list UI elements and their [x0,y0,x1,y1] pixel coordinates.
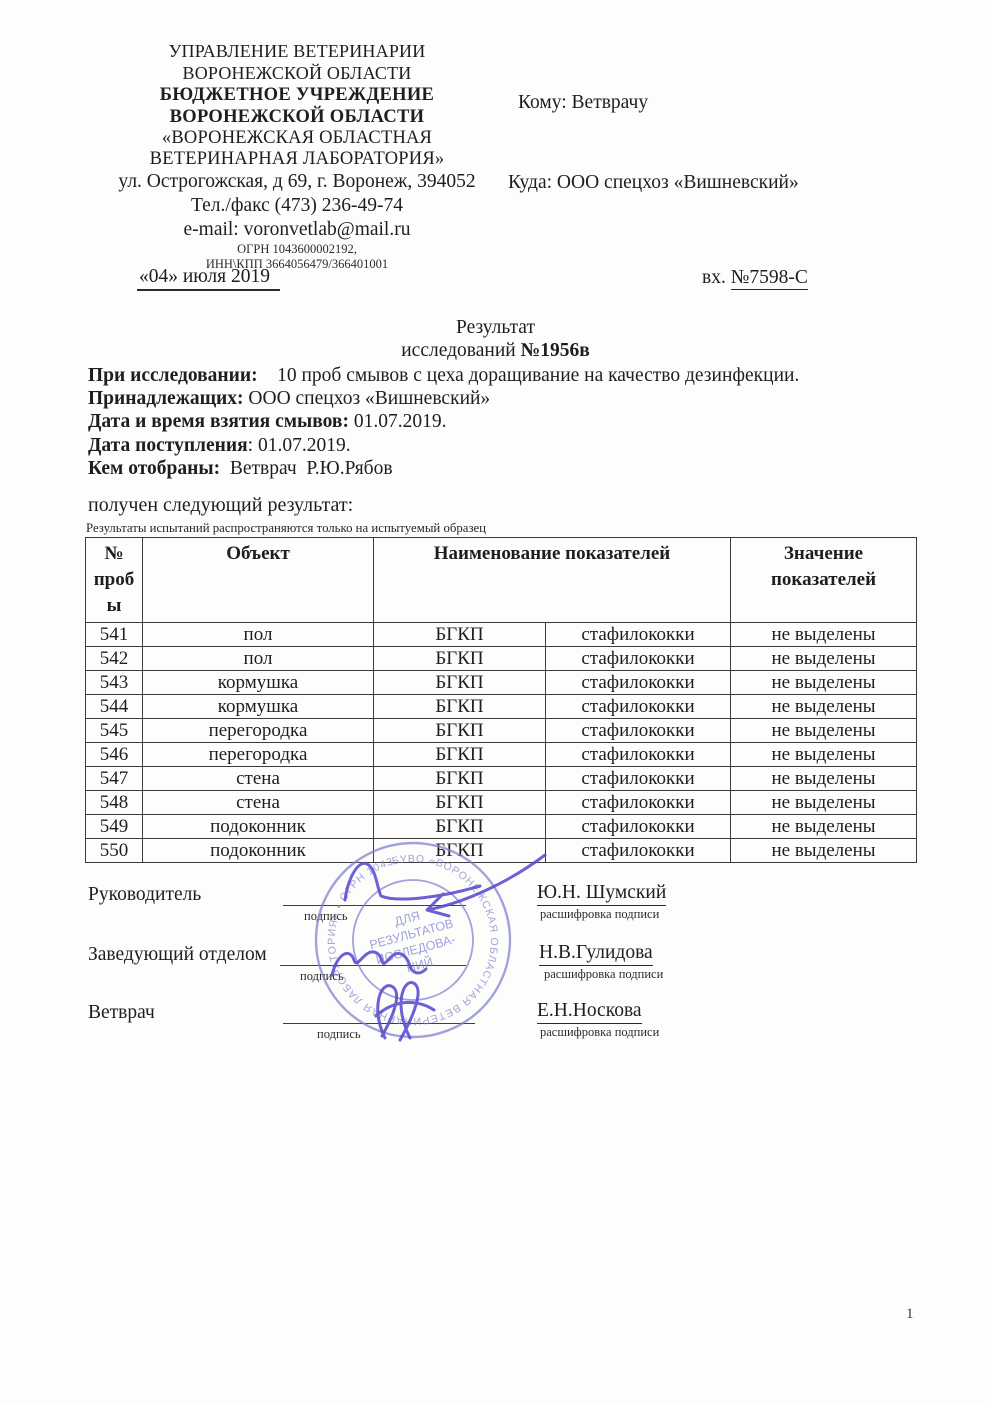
document-date: «04» июля 2019 [137,266,280,291]
cell-indicator1: БГКП [374,767,546,791]
cell-indicator1: БГКП [374,671,546,695]
letterhead-dept-line2: ВОРОНЕЖСКОЙ ОБЛАСТИ [92,62,502,84]
cell-value: не выделены [731,647,917,671]
cell-num: 550 [86,839,143,863]
cell-object: перегородка [143,743,374,767]
table-row: 543кормушкаБГКПстафилококкине выделены [86,671,917,695]
table-row: 549подоконникБГКПстафилококкине выделены [86,815,917,839]
cell-indicator2: стафилококки [546,767,731,791]
table-row: 547стенаБГКПстафилококкине выделены [86,767,917,791]
cell-value: не выделены [731,791,917,815]
cell-value: не выделены [731,839,917,863]
cell-indicator2: стафилококки [546,743,731,767]
cell-num: 541 [86,623,143,647]
results-table-header: № проб ы Объект Наименование показателей… [86,538,917,623]
cell-indicator1: БГКП [374,695,546,719]
details-block: При исследовании: 10 проб смывов с цеха … [88,364,928,480]
letterhead-address: ул. Острогожская, д 69, г. Воронеж, 3940… [92,170,502,194]
cell-object: кормушка [143,671,374,695]
title-line1: Результат [0,316,991,339]
page-number: 1 [906,1306,914,1323]
head-of-dept-signature-ink [332,952,426,975]
letterhead-org-line1: БЮДЖЕТНОЕ УЧРЕЖДЕНИЕ [92,84,502,106]
cell-indicator1: БГКП [374,815,546,839]
cell-object: стена [143,791,374,815]
result-note: Результаты испытаний распространяются то… [86,521,486,536]
table-row: 546перегородкаБГКПстафилококкине выделен… [86,743,917,767]
cell-indicator2: стафилококки [546,815,731,839]
letterhead-ogrn: ОГРН 1043600002192, [92,242,502,257]
detail-line: Дата и время взятия смывов: 01.07.2019. [88,410,928,433]
cell-indicator2: стафилококки [546,623,731,647]
letterhead-name-line1: «ВОРОНЕЖСКАЯ ОБЛАСТНАЯ [92,128,502,149]
letterhead-phone: Тел./факс (473) 236-49-74 [92,194,502,218]
cell-value: не выделены [731,743,917,767]
cell-indicator1: БГКП [374,719,546,743]
detail-line: Кем отобраны: Ветврач Р.Ю.Рябов [88,457,928,480]
signature-role-vet: Ветврач [88,1002,155,1024]
table-row: 548стенаБГКПстафилококкине выделены [86,791,917,815]
cell-value: не выделены [731,671,917,695]
cell-value: не выделены [731,719,917,743]
title-line2: исследований №1956в [0,339,991,362]
cell-indicator2: стафилококки [546,671,731,695]
cell-num: 543 [86,671,143,695]
cell-object: подоконник [143,815,374,839]
cell-object: пол [143,647,374,671]
table-row: 541полБГКПстафилококкине выделены [86,623,917,647]
cell-num: 546 [86,743,143,767]
handwritten-signatures [240,840,580,1050]
cell-indicator2: стафилококки [546,647,731,671]
letterhead: УПРАВЛЕНИЕ ВЕТЕРИНАРИИ ВОРОНЕЖСКОЙ ОБЛАС… [92,40,502,271]
document-title: Результат исследований №1956в [0,316,991,362]
cell-object: стена [143,767,374,791]
letterhead-dept-line1: УПРАВЛЕНИЕ ВЕТЕРИНАРИИ [92,40,502,62]
cell-num: 542 [86,647,143,671]
letterhead-org-line2: ВОРОНЕЖСКОЙ ОБЛАСТИ [92,106,502,128]
table-row: 544кормушкаБГКПстафилококкине выделены [86,695,917,719]
header-object: Объект [143,538,374,623]
letterhead-email: e-mail: voronvetlab@mail.ru [92,218,502,242]
cell-value: не выделены [731,815,917,839]
header-indicators: Наименование показателей [374,538,731,623]
signature-role-director: Руководитель [88,884,201,906]
table-row: 545перегородкаБГКПстафилококкине выделен… [86,719,917,743]
header-value: Значение показателей [731,538,917,623]
cell-indicator2: стафилококки [546,719,731,743]
cell-object: кормушка [143,695,374,719]
detail-line: Принадлежащих: ООО спецхоз «Вишневский» [88,387,928,410]
cell-object: перегородка [143,719,374,743]
results-table: № проб ы Объект Наименование показателей… [85,537,917,863]
cell-value: не выделены [731,623,917,647]
incoming-number: №7598-С [731,267,808,290]
vet-signature-ink3 [376,1002,434,1016]
document-page: УПРАВЛЕНИЕ ВЕТЕРИНАРИИ ВОРОНЕЖСКОЙ ОБЛАС… [0,0,991,1403]
recipient-to: Кому: Ветврачу [518,92,648,114]
recipient-where: Куда: ООО спецхоз «Вишневский» [508,172,799,194]
cell-num: 547 [86,767,143,791]
result-intro: получен следующий результат: [88,494,353,517]
cell-num: 549 [86,815,143,839]
director-signature-flourish [427,855,545,916]
table-row: 542полБГКПстафилококкине выделены [86,647,917,671]
incoming-number-line: вх. №7598-С [702,267,808,289]
cell-object: пол [143,623,374,647]
cell-num: 548 [86,791,143,815]
detail-line: Дата поступления: 01.07.2019. [88,434,928,457]
cell-indicator1: БГКП [374,623,546,647]
cell-indicator1: БГКП [374,647,546,671]
cell-value: не выделены [731,695,917,719]
cell-num: 544 [86,695,143,719]
cell-num: 545 [86,719,143,743]
incoming-label: вх. [702,267,731,288]
cell-value: не выделены [731,767,917,791]
vet-signature-ink2 [400,983,418,1040]
cell-indicator2: стафилококки [546,695,731,719]
detail-line: При исследовании: 10 проб смывов с цеха … [88,364,928,387]
letterhead-name-line2: ВЕТЕРИНАРНАЯ ЛАБОРАТОРИЯ» [92,149,502,170]
report-number: №1956в [521,340,590,361]
director-signature-ink [345,863,480,900]
cell-indicator1: БГКП [374,743,546,767]
cell-indicator2: стафилококки [546,791,731,815]
header-sample-number: № проб ы [86,538,143,623]
cell-indicator1: БГКП [374,791,546,815]
